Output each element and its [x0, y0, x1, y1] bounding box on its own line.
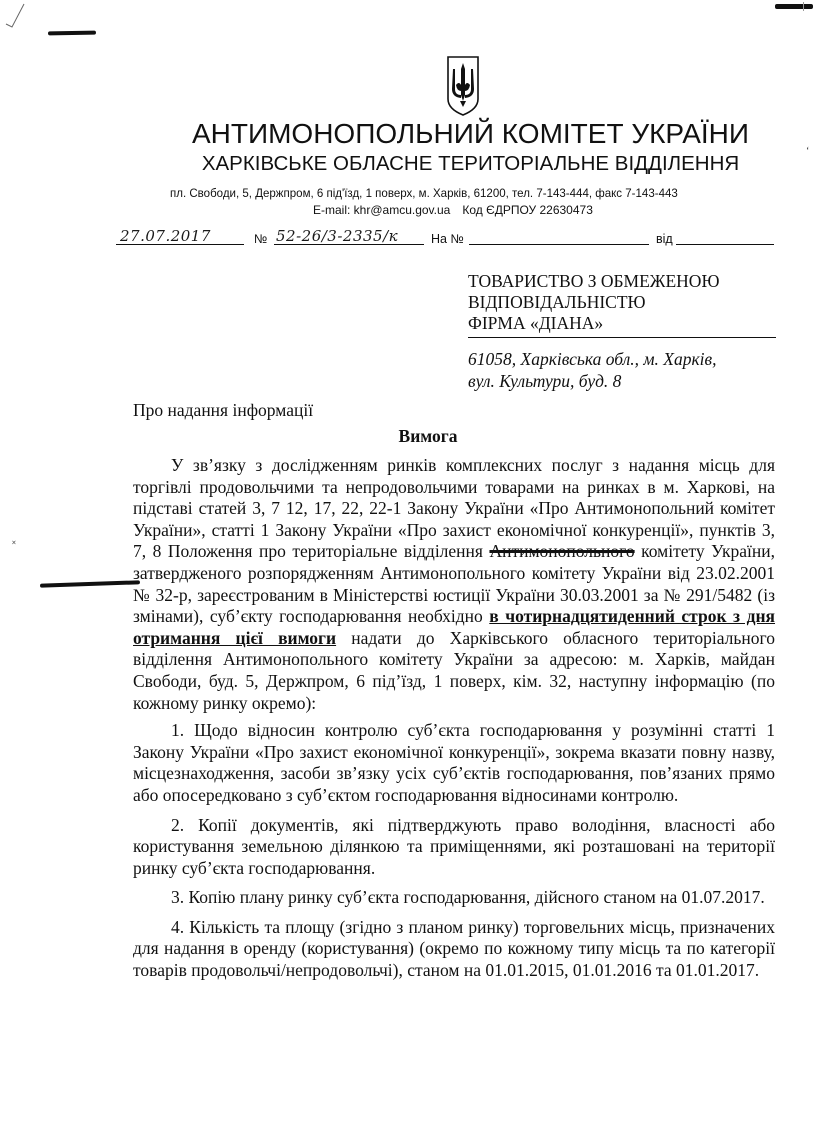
handwritten-number: 52-26/3-2335/к	[276, 227, 398, 245]
organization-email: E-mail: khr@amcu.gov.ua	[313, 203, 450, 217]
reply-to-field	[469, 226, 649, 245]
checkmark-scribble-icon	[4, 2, 26, 28]
requirement-item-3: 3. Копію плану ринку суб’єкта господарюв…	[133, 887, 775, 909]
recipient-name-line: ВІДПОВІДАЛЬНІСТЮ	[468, 292, 776, 313]
document-body: У зв’язку з дослідженням ринків комплекс…	[133, 455, 775, 990]
recipient-name: ТОВАРИСТВО З ОБМЕЖЕНОЮ ВІДПОВІДАЛЬНІСТЮ …	[468, 271, 776, 338]
pen-stroke-mark	[48, 31, 96, 36]
organization-edrpou: Код ЄДРПОУ 22630473	[462, 203, 593, 217]
scan-artifact: ˟	[12, 540, 16, 551]
requirement-item-1: 1. Щодо відносин контролю суб’єкта госпо…	[133, 720, 775, 806]
document-heading: Вимога	[0, 426, 816, 447]
reply-to-label: На №	[431, 232, 464, 246]
requirement-item-4: 4. Кількість та площу (згідно з планом р…	[133, 917, 775, 982]
recipient-address: 61058, Харківська обл., м. Харків, вул. …	[468, 348, 776, 392]
struck-text: Антимонопольного	[489, 541, 634, 561]
organization-division: ХАРКІВСЬКЕ ОБЛАСНЕ ТЕРИТОРІАЛЬНЕ ВІДДІЛЕ…	[0, 152, 816, 176]
recipient-name-line: ТОВАРИСТВО З ОБМЕЖЕНОЮ	[468, 271, 776, 292]
organization-address: пл. Свободи, 5, Держпром, 6 під'їзд, 1 п…	[170, 186, 765, 200]
recipient-address-line: вул. Культури, буд. 8	[468, 370, 776, 392]
organization-contacts: E-mail: khr@amcu.gov.uaКод ЄДРПОУ 226304…	[313, 203, 593, 217]
organization-name: АНТИМОНОПОЛЬНИЙ КОМІТЕТ УКРАЇНИ	[0, 118, 816, 150]
intro-paragraph: У зв’язку з дослідженням ринків комплекс…	[133, 455, 775, 714]
handwritten-date: 27.07.2017	[120, 227, 211, 245]
recipient-address-line: 61058, Харківська обл., м. Харків,	[468, 348, 776, 370]
subject-line: Про надання інформації	[133, 400, 313, 421]
pen-stroke-mark	[40, 580, 140, 587]
trident-coat-of-arms-icon	[446, 55, 480, 117]
reference-line: 27.07.2017 № 52-26/3-2335/к На № від	[116, 226, 776, 250]
recipient-name-line: ФІРМА «ДІАНА»	[468, 313, 776, 334]
from-field	[676, 226, 774, 245]
requirement-item-2: 2. Копії документів, які підтверджують п…	[133, 815, 775, 880]
recipient-block: ТОВАРИСТВО З ОБМЕЖЕНОЮ ВІДПОВІДАЛЬНІСТЮ …	[468, 271, 776, 392]
scan-artifact	[803, 2, 804, 11]
number-label: №	[254, 232, 267, 246]
from-label: від	[656, 232, 673, 246]
pen-stroke-mark	[775, 4, 813, 9]
